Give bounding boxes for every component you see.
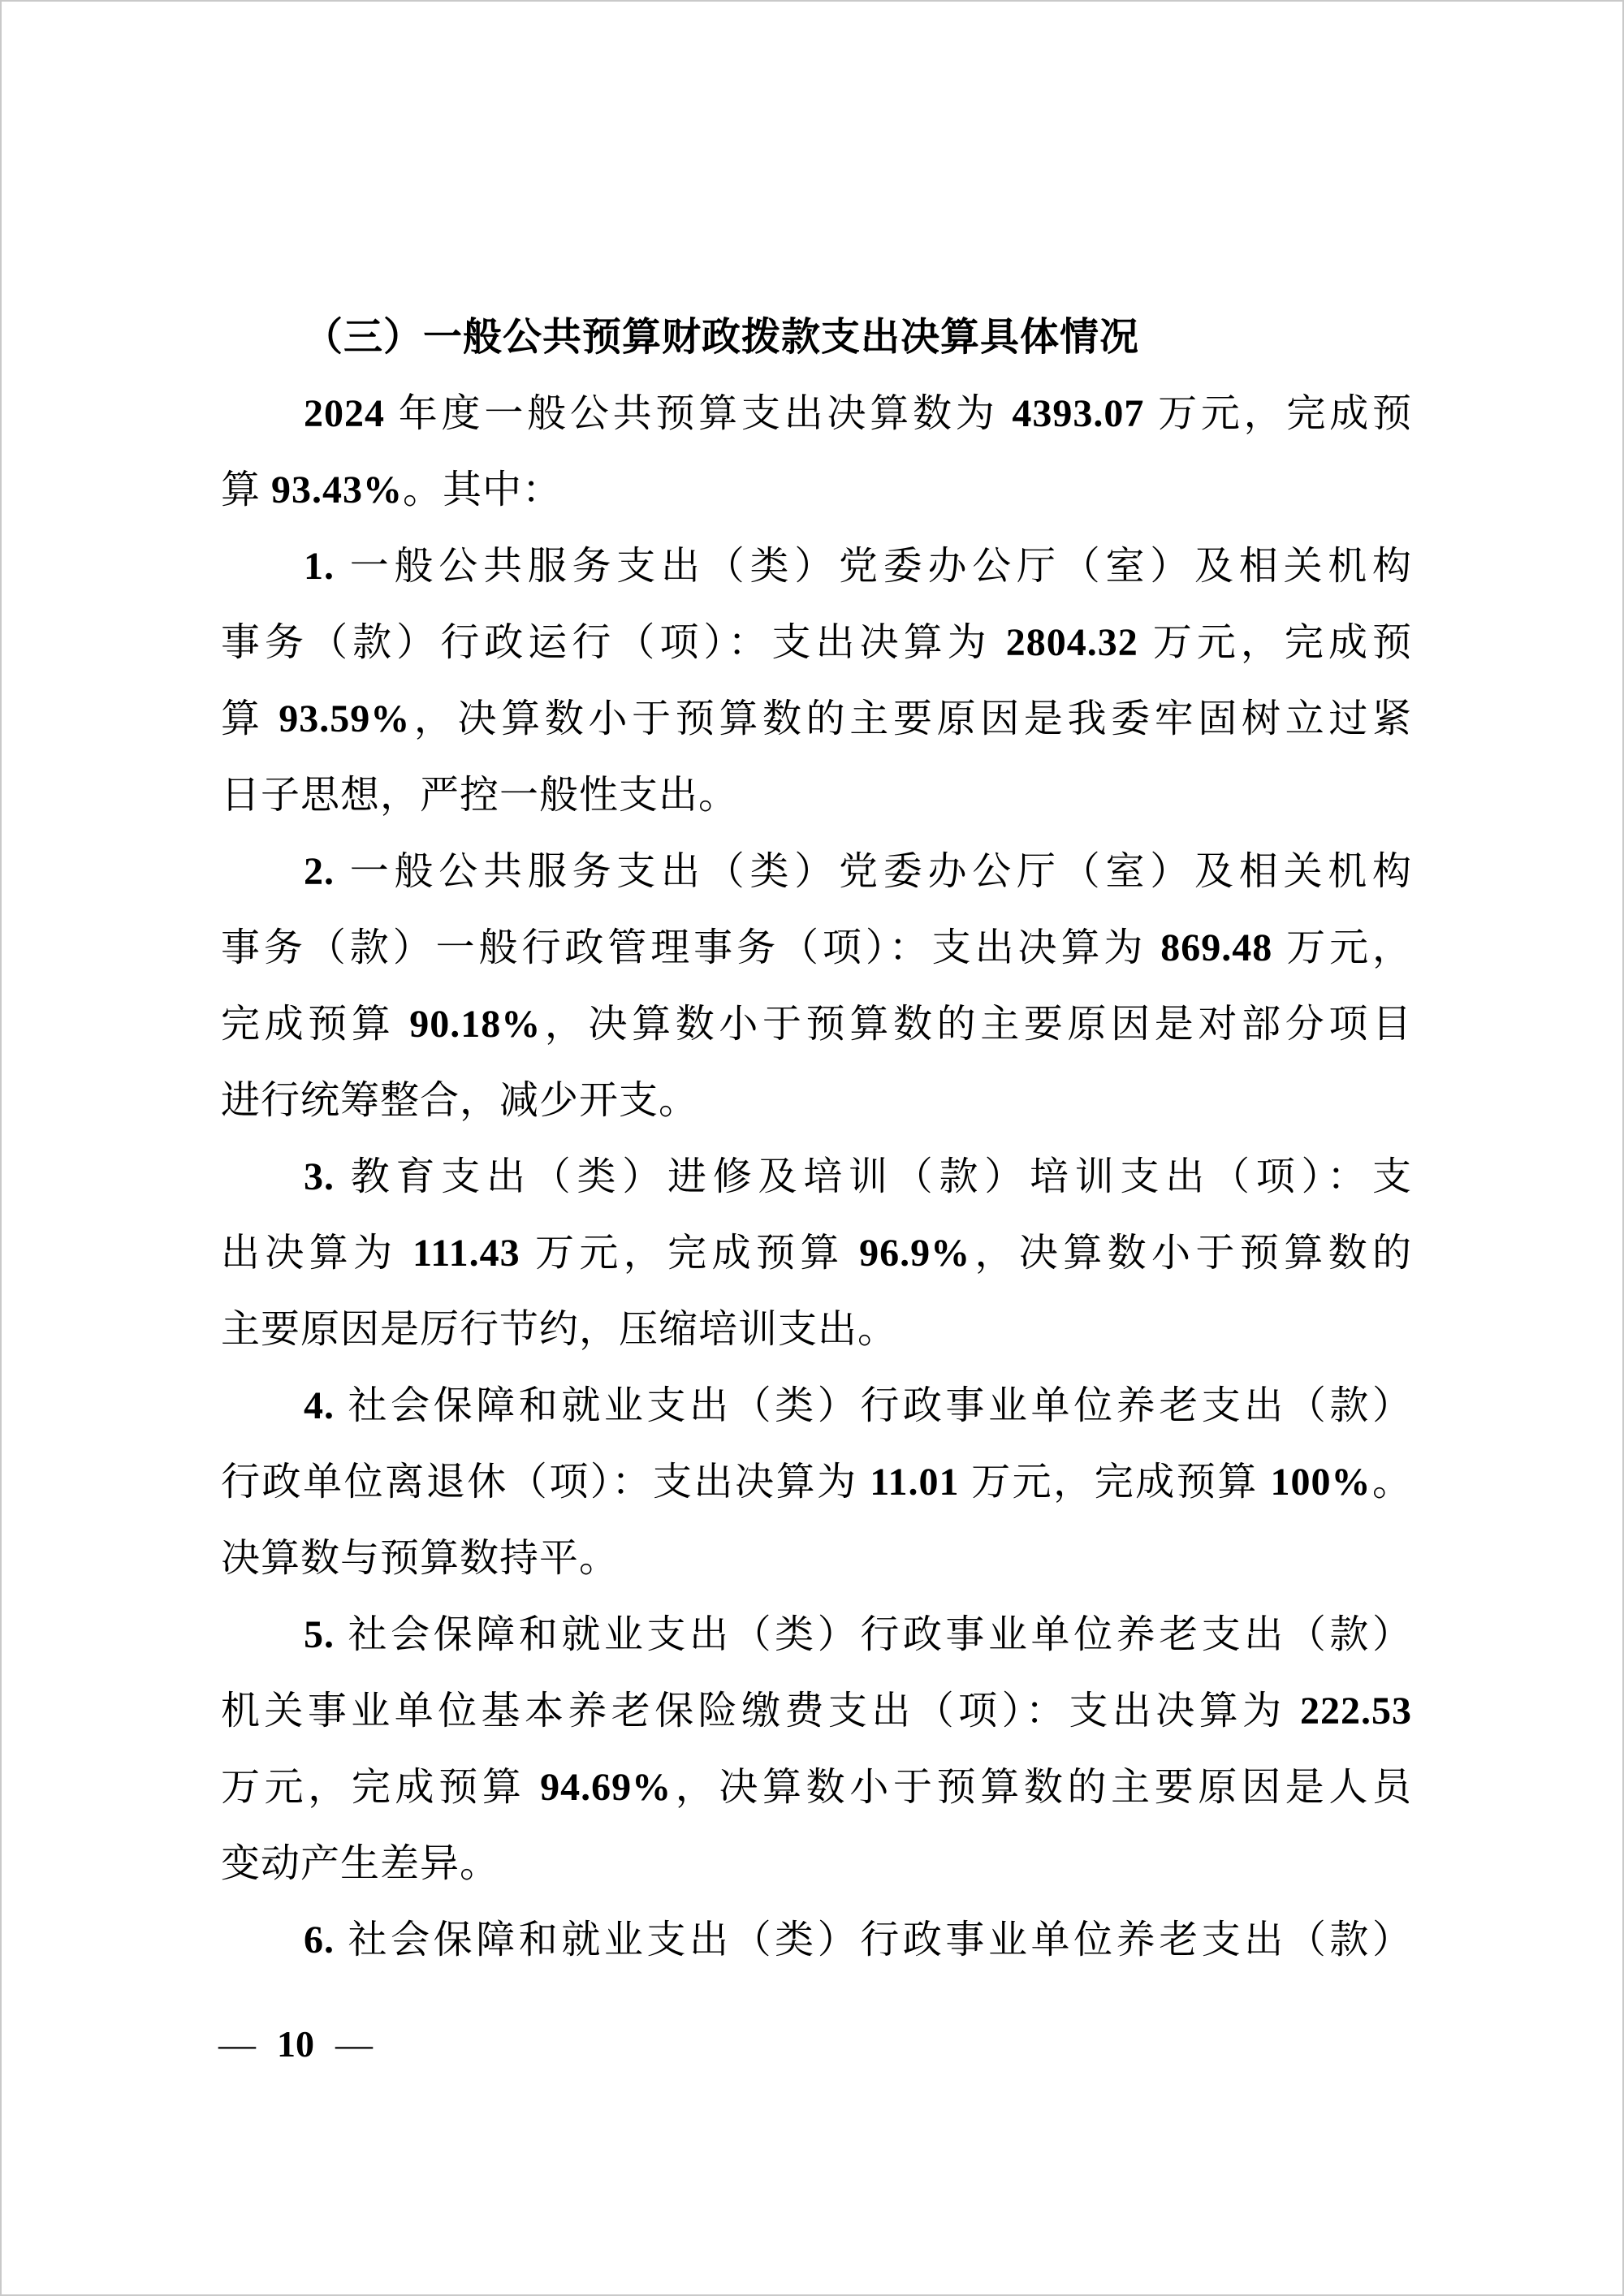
text-line: 6. 社会保障和就业支出（类）行政事业单位养老支出（款） — [221, 1902, 1412, 1979]
page-number: 10 — [277, 2023, 314, 2065]
body-text: 主要原因是厉行节约，压缩培训支出。 — [221, 1308, 897, 1351]
body-text: 万元，完成预算 — [221, 1766, 540, 1809]
text-line: 5. 社会保障和就业支出（类）行政事业单位养老支出（款） — [221, 1597, 1412, 1673]
bold-number: 4. — [304, 1384, 335, 1427]
body-text: 机关事业单位基本养老保险缴费支出（项）：支出决算为 — [221, 1690, 1300, 1733]
document-page: （三）一般公共预算财政拨款支出决算具体情况2024 年度一般公共预算支出决算数为… — [0, 0, 1624, 2296]
body-text: 社会保障和就业支出（类）行政事业单位养老支出（款） — [335, 1918, 1412, 1962]
bold-number: 90.18% — [409, 1003, 541, 1046]
bold-number: 869.48 — [1160, 926, 1272, 969]
bold-number: 94.69% — [540, 1766, 672, 1809]
bold-number: （三）一般公共预算财政拨款支出决算具体情况 — [304, 316, 1139, 359]
bold-number: 111.43 — [412, 1232, 520, 1275]
body-text: 完成预算 — [221, 1003, 409, 1046]
body-text: 。其中： — [403, 468, 562, 511]
text-line: 1. 一般公共服务支出（类）党委办公厅（室）及相关机构 — [221, 529, 1412, 605]
footer-dash-left: — — [218, 2023, 256, 2065]
body-text: 一般公共服务支出（类）党委办公厅（室）及相关机构 — [335, 545, 1412, 588]
body-text: 教育支出（类）进修及培训（款）培训支出（项）：支 — [335, 1155, 1412, 1198]
body-text: 社会保障和就业支出（类）行政事业单位养老支出（款） — [335, 1613, 1412, 1656]
text-line: 进行统筹整合，减少开支。 — [221, 1063, 1412, 1139]
body-text: ，决算数小于预算数的主要原因是我委牢固树立过紧 — [410, 697, 1412, 740]
text-line: 主要原因是厉行节约，压缩培训支出。 — [221, 1292, 1412, 1368]
bold-number: 4393.07 — [1012, 392, 1144, 435]
body-text: 算 — [221, 697, 279, 740]
body-text: 事务（款）行政运行（项）：支出决算为 — [221, 621, 1006, 664]
body-text: 决算数与预算数持平。 — [221, 1537, 619, 1580]
text-line: 算 93.59%，决算数小于预算数的主要原因是我委牢固树立过紧 — [221, 681, 1412, 757]
body-text: 万元，完成预 — [1144, 392, 1412, 435]
text-line: 行政单位离退休（项）：支出决算为 11.01 万元，完成预算 100%。 — [221, 1444, 1412, 1521]
text-line: 算 93.43%。其中： — [221, 452, 1412, 529]
bold-number: 1. — [304, 545, 335, 588]
bold-number: 11.01 — [870, 1461, 959, 1504]
text-line: 4. 社会保障和就业支出（类）行政事业单位养老支出（款） — [221, 1368, 1412, 1444]
body-text: 事务（款）一般行政管理事务（项）：支出决算为 — [221, 926, 1160, 969]
bold-number: 6. — [304, 1918, 335, 1962]
body-text: 变动产生差异。 — [221, 1842, 499, 1885]
footer-dash-right: — — [335, 2023, 373, 2065]
text-line: 变动产生差异。 — [221, 1826, 1412, 1902]
text-line: 事务（款）行政运行（项）：支出决算为 2804.32 万元，完成预 — [221, 605, 1412, 681]
body-text: 出决算为 — [221, 1232, 412, 1275]
text-line: 3. 教育支出（类）进修及培训（款）培训支出（项）：支 — [221, 1139, 1412, 1215]
body-text: 一般公共服务支出（类）党委办公厅（室）及相关机构 — [335, 850, 1412, 893]
body-text: 日子思想，严控一般性支出。 — [221, 774, 738, 817]
body-text: 。 — [1371, 1461, 1412, 1504]
body-text: ，决算数小于预算数的 — [970, 1232, 1412, 1275]
body-text: 算 — [221, 468, 271, 511]
body-text: 行政单位离退休（项）：支出决算为 — [221, 1461, 870, 1504]
bold-number: 3. — [304, 1155, 335, 1198]
body-text: 进行统筹整合，减少开支。 — [221, 1079, 698, 1122]
bold-number: 222.53 — [1300, 1690, 1412, 1733]
bold-number: 2. — [304, 850, 335, 893]
bold-number: 93.43% — [271, 468, 403, 511]
text-line: 事务（款）一般行政管理事务（项）：支出决算为 869.48 万元， — [221, 910, 1412, 986]
bold-number: 100% — [1270, 1461, 1371, 1504]
text-line: 2. 一般公共服务支出（类）党委办公厅（室）及相关机构 — [221, 834, 1412, 910]
page-footer: —10— — [218, 2025, 373, 2064]
body-text: 万元， — [1272, 926, 1412, 969]
text-line: 机关事业单位基本养老保险缴费支出（项）：支出决算为 222.53 — [221, 1673, 1412, 1750]
bold-number: 2024 — [304, 392, 385, 435]
body-text: 社会保障和就业支出（类）行政事业单位养老支出（款） — [335, 1384, 1412, 1427]
body-text: 万元，完成预算 — [520, 1232, 859, 1275]
text-line: 2024 年度一般公共预算支出决算数为 4393.07 万元，完成预 — [221, 376, 1412, 452]
section-heading: （三）一般公共预算财政拨款支出决算具体情况 — [221, 300, 1412, 376]
bold-number: 5. — [304, 1613, 335, 1656]
bold-number: 2804.32 — [1006, 621, 1138, 664]
body-text: ，决算数小于预算数的主要原因是人员 — [672, 1766, 1412, 1809]
text-line: 出决算为 111.43 万元，完成预算 96.9%，决算数小于预算数的 — [221, 1215, 1412, 1292]
text-line: 决算数与预算数持平。 — [221, 1521, 1412, 1597]
document-body: （三）一般公共预算财政拨款支出决算具体情况2024 年度一般公共预算支出决算数为… — [221, 300, 1412, 1979]
bold-number: 96.9% — [859, 1232, 970, 1275]
bold-number: 93.59% — [279, 697, 410, 740]
body-text: 万元，完成预 — [1138, 621, 1412, 664]
text-line: 完成预算 90.18%，决算数小于预算数的主要原因是对部分项目 — [221, 986, 1412, 1063]
text-line: 日子思想，严控一般性支出。 — [221, 757, 1412, 834]
body-text: 年度一般公共预算支出决算数为 — [385, 392, 1012, 435]
text-line: 万元，完成预算 94.69%，决算数小于预算数的主要原因是人员 — [221, 1750, 1412, 1826]
body-text: ，决算数小于预算数的主要原因是对部分项目 — [541, 1003, 1412, 1046]
body-text: 万元，完成预算 — [960, 1461, 1271, 1504]
